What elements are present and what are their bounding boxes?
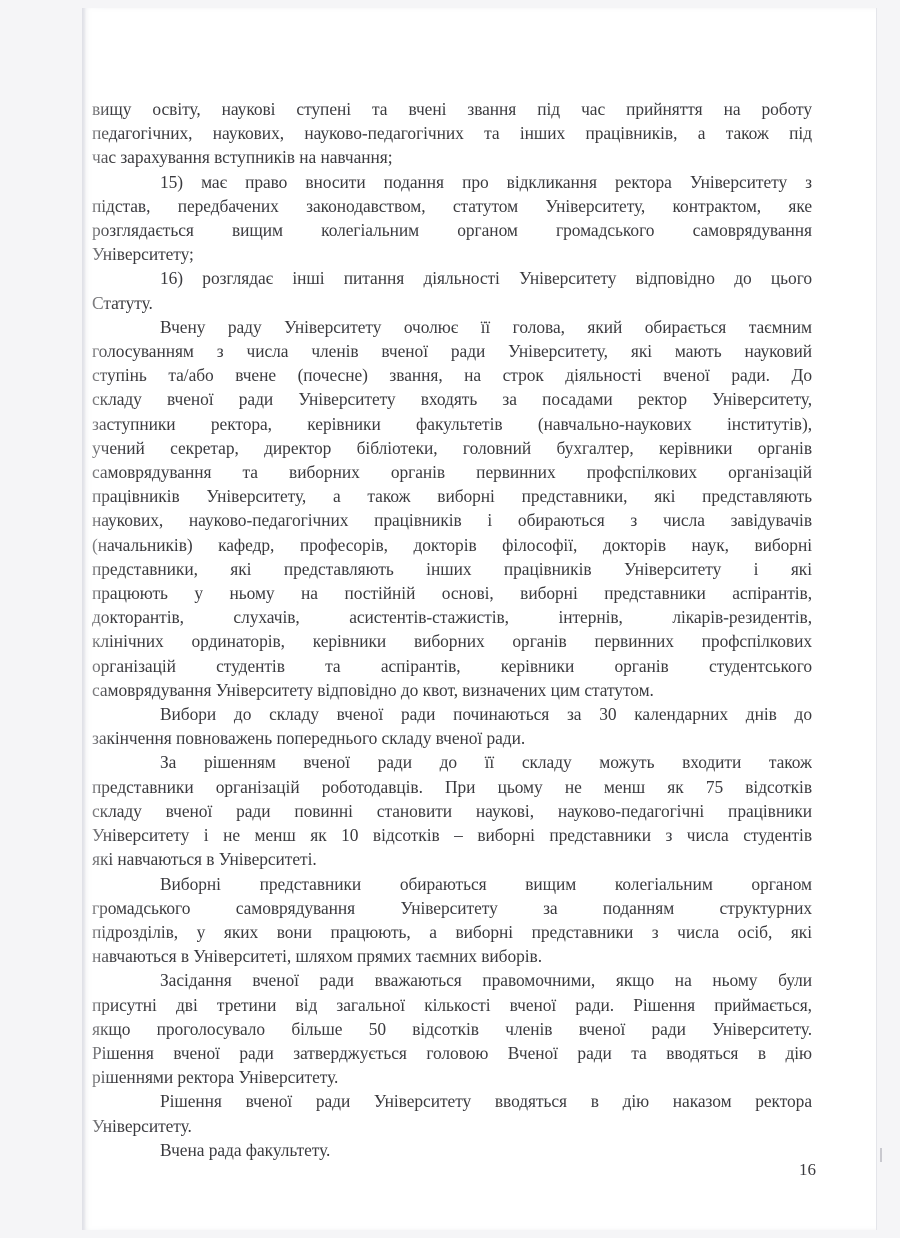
- text-line: які навчаються в Університеті.: [92, 847, 812, 871]
- text-line: За рішенням вченої ради до її складу мож…: [92, 750, 812, 774]
- text-line: ступінь та/або вчене (почесне) звання, н…: [92, 363, 812, 387]
- text-line: працюють у ньому на постійній основі, ви…: [92, 581, 812, 605]
- text-line: рішеннями ректора Університету.: [92, 1065, 812, 1089]
- text-line: складу вченої ради Університету входять …: [92, 387, 812, 411]
- text-line: працівників Університету, а також виборн…: [92, 484, 812, 508]
- text-line: підстав, передбачених законодавством, ст…: [92, 194, 812, 218]
- text-line: самоврядування та виборних органів перви…: [92, 460, 812, 484]
- text-line: педагогічних, наукових, науково-педагогі…: [92, 121, 812, 145]
- text-line: (начальників) кафедр, професорів, доктор…: [92, 533, 812, 557]
- text-line: представники організацій роботодавців. П…: [92, 775, 812, 799]
- text-line: Університету.: [92, 1114, 812, 1138]
- text-line: вищу освіту, наукові ступені та вчені зв…: [92, 97, 812, 121]
- text-line: громадського самоврядування Університету…: [92, 896, 812, 920]
- text-line: докторантів, слухачів, асистентів-стажис…: [92, 605, 812, 629]
- text-line: навчаються в Університеті, шляхом прямих…: [92, 944, 812, 968]
- text-line: Університету і не менш як 10 відсотків –…: [92, 823, 812, 847]
- text-line: Вчену раду Університету очолює її голова…: [92, 315, 812, 339]
- text-line: 16) розглядає інші питання діяльності Ун…: [92, 266, 812, 290]
- text-line: закінчення повноважень попереднього скла…: [92, 726, 812, 750]
- text-line: наукових, науково-педагогічних працівник…: [92, 508, 812, 532]
- text-line: голосуванням з числа членів вченої ради …: [92, 339, 812, 363]
- text-line: підрозділів, у яких вони працюють, а виб…: [92, 920, 812, 944]
- text-line: Рішення вченої ради Університету вводять…: [92, 1089, 812, 1113]
- text-line: Виборні представники обираються вищим ко…: [92, 872, 812, 896]
- text-line: Засідання вченої ради вважаються правомо…: [92, 968, 812, 992]
- text-line: Вчена рада факультету.: [92, 1138, 812, 1162]
- text-line: розглядається вищим колегіальним органом…: [92, 218, 812, 242]
- text-line: клінічних ординаторів, керівники виборни…: [92, 629, 812, 653]
- text-line: час зарахування вступників на навчання;: [92, 145, 812, 169]
- text-line: заступники ректора, керівники факультеті…: [92, 412, 812, 436]
- text-line: 15) має право вносити подання про відкли…: [92, 170, 812, 194]
- text-line: Рішення вченої ради затверджується голов…: [92, 1041, 812, 1065]
- text-line: складу вченої ради повинні становити нау…: [92, 799, 812, 823]
- text-line: якщо проголосувало більше 50 відсотків ч…: [92, 1017, 812, 1041]
- page-body-text: вищу освіту, наукові ступені та вчені зв…: [92, 97, 812, 1162]
- text-line: самоврядування Університету відповідно д…: [92, 678, 812, 702]
- scan-edge-mark: [880, 1148, 882, 1162]
- text-line: Університету;: [92, 242, 812, 266]
- page-number: 16: [799, 1160, 816, 1180]
- text-line: Вибори до складу вченої ради починаються…: [92, 702, 812, 726]
- text-line: Статуту.: [92, 291, 812, 315]
- text-line: представники, які представляють інших пр…: [92, 557, 812, 581]
- document-page: вищу освіту, наукові ступені та вчені зв…: [82, 8, 877, 1230]
- text-line: організацій студентів та аспірантів, кер…: [92, 654, 812, 678]
- text-line: присутні дві третини від загальної кільк…: [92, 993, 812, 1017]
- text-line: учений секретар, директор бібліотеки, го…: [92, 436, 812, 460]
